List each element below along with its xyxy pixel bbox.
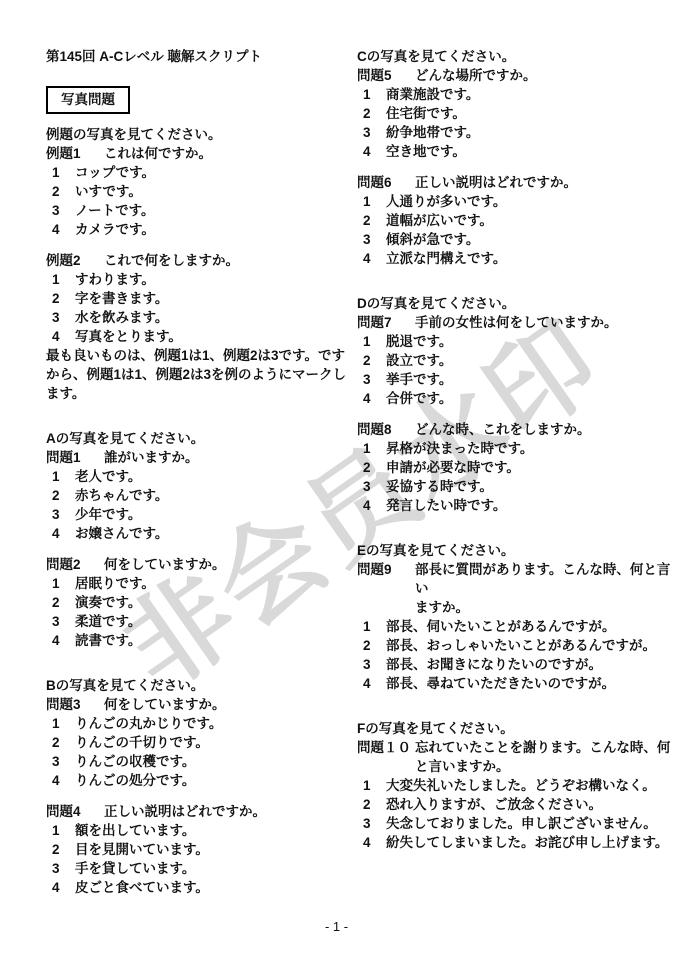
option-text: 目を見開いています。 [75, 840, 349, 859]
answer-option: 1昇格が決まった時です。 [357, 439, 672, 458]
option-number: 1 [46, 574, 75, 593]
photo-intro-line: Fの写真を見てください。 [357, 719, 672, 738]
answer-option: 4立派な門構えです。 [357, 249, 672, 268]
answer-option: 1コップです。 [46, 163, 349, 182]
answer-option: 4皮ごと食べています。 [46, 878, 349, 897]
option-number: 3 [46, 308, 75, 327]
answer-option: 2目を見開いています。 [46, 840, 349, 859]
question-line: 例題2これで何をしますか。 [46, 251, 349, 270]
option-text: 部長、伺いたいことがあるんですが。 [386, 617, 672, 636]
question-line: 問題1誰がいますか。 [46, 448, 349, 467]
option-text: 部長、おっしゃいたいことがあるんですが。 [386, 636, 672, 655]
answer-option: 3紛争地帯です。 [357, 123, 672, 142]
option-text: 挙手です。 [386, 370, 672, 389]
question-text: 部長に質問があります。こんな時、何と言いますか。 [415, 560, 672, 617]
answer-option: 4読書です。 [46, 631, 349, 650]
answer-option: 2演奏です。 [46, 593, 349, 612]
option-text: 紛争地帯です。 [386, 123, 672, 142]
question-block: 問題2何をしていますか。1居眠りです。2演奏です。3柔道です。4読書です。 [46, 555, 349, 650]
answer-option: 3りんごの収穫です。 [46, 752, 349, 771]
option-text: 妥協する時です。 [386, 477, 672, 496]
option-number: 2 [357, 795, 386, 814]
answer-option: 4紛失してしまいました。お詫び申し上げます。 [357, 833, 672, 852]
option-text: 発言したい時です。 [386, 496, 672, 515]
option-number: 3 [46, 201, 75, 220]
answer-option: 3挙手です。 [357, 370, 672, 389]
question-block: Cの写真を見てください。問題5どんな場所ですか。1商業施設です。2住宅街です。3… [357, 47, 672, 161]
answer-option: 2字を書きます。 [46, 289, 349, 308]
option-number: 4 [357, 674, 386, 693]
option-text: 脱退です。 [386, 332, 672, 351]
instruction-note-line: から、例題1は1、例題2は3を例のようにマークし [46, 365, 349, 384]
option-text: ノートです。 [75, 201, 349, 220]
question-number: 問題3 [46, 695, 104, 714]
page-root: 非会员水印 第145回 A-Cレベル 聴解スクリプト 写真問題 例題の写真を見て… [0, 0, 687, 971]
photo-intro-line: Cの写真を見てください。 [357, 47, 672, 66]
option-number: 1 [357, 439, 386, 458]
option-number: 2 [46, 289, 75, 308]
option-number: 4 [46, 878, 75, 897]
option-text: 額を出しています。 [75, 821, 349, 840]
question-number: 例題2 [46, 251, 104, 270]
photo-intro-line: Eの写真を見てください。 [357, 541, 672, 560]
answer-option: 3柔道です。 [46, 612, 349, 631]
question-text: 何をしていますか。 [104, 695, 349, 714]
question-line: 問題4正しい説明はどれですか。 [46, 802, 349, 821]
option-text: 人通りが多いです。 [386, 192, 672, 211]
option-text: 柔道です。 [75, 612, 349, 631]
option-text: 合併です。 [386, 389, 672, 408]
option-text: りんごの丸かじりです。 [75, 714, 349, 733]
answer-option: 4合併です。 [357, 389, 672, 408]
question-number: 問題8 [357, 420, 415, 439]
option-number: 3 [46, 859, 75, 878]
question-number: 問題１０ [357, 738, 415, 757]
option-text: 演奏です。 [75, 593, 349, 612]
question-line: 問題5どんな場所ですか。 [357, 66, 672, 85]
question-line: 問題3何をしていますか。 [46, 695, 349, 714]
question-number: 問題9 [357, 560, 415, 579]
question-block: Aの写真を見てください。問題1誰がいますか。1老人です。2赤ちゃんです。3少年で… [46, 429, 349, 543]
question-line: 問題6正しい説明はどれですか。 [357, 173, 672, 192]
answer-option: 1部長、伺いたいことがあるんですが。 [357, 617, 672, 636]
question-text-line: どんな時、これをしますか。 [415, 420, 672, 439]
option-text: 老人です。 [75, 467, 349, 486]
question-line: 問題１０忘れていたことを謝ります。こんな時、何と言いますか。 [357, 738, 672, 776]
question-line: 問題7手前の女性は何をしていますか。 [357, 313, 672, 332]
option-text: お嬢さんです。 [75, 524, 349, 543]
option-number: 4 [357, 389, 386, 408]
option-number: 3 [357, 814, 386, 833]
option-text: 読書です。 [75, 631, 349, 650]
question-text: どんな場所ですか。 [415, 66, 672, 85]
photo-intro-line: Bの写真を見てください。 [46, 676, 349, 695]
option-number: 4 [357, 833, 386, 852]
option-text: 立派な門構えです。 [386, 249, 672, 268]
question-text: どんな時、これをしますか。 [415, 420, 672, 439]
option-number: 2 [46, 486, 75, 505]
option-number: 1 [357, 192, 386, 211]
option-number: 1 [46, 714, 75, 733]
answer-option: 1りんごの丸かじりです。 [46, 714, 349, 733]
option-text: 道幅が広いです。 [386, 211, 672, 230]
option-text: 住宅街です。 [386, 104, 672, 123]
option-text: コップです。 [75, 163, 349, 182]
instruction-note-line: 最も良いものは、例題1は1、例題2は3です。です [46, 346, 349, 365]
option-number: 4 [357, 249, 386, 268]
page-number: - 1 - [0, 919, 673, 934]
answer-option: 1居眠りです。 [46, 574, 349, 593]
answer-option: 3部長、お聞きになりたいのですが。 [357, 655, 672, 674]
question-number: 問題5 [357, 66, 415, 85]
option-number: 2 [46, 840, 75, 859]
option-text: 設立です。 [386, 351, 672, 370]
answer-option: 1すわります。 [46, 270, 349, 289]
question-text-line: ますか。 [415, 598, 672, 617]
section-box: 写真問題 [46, 86, 130, 114]
option-number: 1 [46, 163, 75, 182]
option-number: 3 [357, 477, 386, 496]
option-number: 2 [357, 211, 386, 230]
section-box-row: 写真問題 [46, 86, 349, 114]
option-text: 傾斜が急です。 [386, 230, 672, 249]
option-number: 3 [357, 655, 386, 674]
option-number: 3 [357, 230, 386, 249]
question-block: Bの写真を見てください。問題3何をしていますか。1りんごの丸かじりです。2りんご… [46, 676, 349, 790]
section-box-label: 写真問題 [61, 92, 115, 107]
option-text: すわります。 [75, 270, 349, 289]
question-block: 例題2これで何をしますか。1すわります。2字を書きます。3水を飲みます。4写真を… [46, 251, 349, 403]
answer-option: 4空き地です。 [357, 142, 672, 161]
question-text: 手前の女性は何をしていますか。 [415, 313, 672, 332]
answer-option: 3失念しておりました。申し訳ございません。 [357, 814, 672, 833]
question-text: 何をしていますか。 [104, 555, 349, 574]
answer-option: 2部長、おっしゃいたいことがあるんですが。 [357, 636, 672, 655]
answer-option: 2道幅が広いです。 [357, 211, 672, 230]
question-text: 誰がいますか。 [104, 448, 349, 467]
photo-intro-line: 例題の写真を見てください。 [46, 125, 349, 144]
option-number: 1 [46, 821, 75, 840]
option-number: 2 [357, 636, 386, 655]
option-number: 4 [357, 142, 386, 161]
option-text: 少年です。 [75, 505, 349, 524]
option-number: 2 [357, 458, 386, 477]
answer-option: 3ノートです。 [46, 201, 349, 220]
question-line: 問題9部長に質問があります。こんな時、何と言いますか。 [357, 560, 672, 617]
question-number: 問題2 [46, 555, 104, 574]
option-text: 字を書きます。 [75, 289, 349, 308]
option-number: 4 [46, 327, 75, 346]
column-right-blocks: Cの写真を見てください。問題5どんな場所ですか。1商業施設です。2住宅街です。3… [357, 47, 672, 852]
option-text: りんごの処分です。 [75, 771, 349, 790]
question-text: 忘れていたことを謝ります。こんな時、何と言いますか。 [415, 738, 672, 776]
option-text: りんごの収穫です。 [75, 752, 349, 771]
question-line: 問題8どんな時、これをしますか。 [357, 420, 672, 439]
column-left-blocks: 例題の写真を見てください。例題1これは何ですか。1コップです。2いすです。3ノー… [46, 125, 349, 897]
option-text: 居眠りです。 [75, 574, 349, 593]
photo-intro-line: Dの写真を見てください。 [357, 294, 672, 313]
option-text: 紛失してしまいました。お詫び申し上げます。 [386, 833, 672, 852]
option-number: 4 [46, 631, 75, 650]
option-text: カメラです。 [75, 220, 349, 239]
option-text: 空き地です。 [386, 142, 672, 161]
option-number: 2 [357, 104, 386, 123]
option-text: 昇格が決まった時です。 [386, 439, 672, 458]
question-number: 問題7 [357, 313, 415, 332]
option-number: 1 [357, 85, 386, 104]
answer-option: 4お嬢さんです。 [46, 524, 349, 543]
option-text: 大変失礼いたしました。どうぞお構いなく。 [386, 776, 672, 795]
answer-option: 3少年です。 [46, 505, 349, 524]
answer-option: 3水を飲みます。 [46, 308, 349, 327]
option-number: 4 [46, 524, 75, 543]
question-text-line: 忘れていたことを謝ります。こんな時、何 [415, 738, 672, 757]
option-number: 1 [46, 270, 75, 289]
question-text-line: 何をしていますか。 [104, 555, 349, 574]
answer-option: 2申請が必要な時です。 [357, 458, 672, 477]
option-text: 写真をとります。 [75, 327, 349, 346]
option-text: 申請が必要な時です。 [386, 458, 672, 477]
page-title: 第145回 A-Cレベル 聴解スクリプト [46, 47, 349, 66]
question-text: 正しい説明はどれですか。 [104, 802, 349, 821]
option-number: 1 [357, 332, 386, 351]
column-left: 第145回 A-Cレベル 聴解スクリプト 写真問題 例題の写真を見てください。例… [46, 47, 349, 897]
question-text: これで何をしますか。 [104, 251, 349, 270]
answer-option: 4部長、尋ねていただきたいのですが。 [357, 674, 672, 693]
answer-option: 4カメラです。 [46, 220, 349, 239]
question-text-line: 部長に質問があります。こんな時、何と言い [415, 560, 672, 598]
option-text: 部長、尋ねていただきたいのですが。 [386, 674, 672, 693]
answer-option: 2いすです。 [46, 182, 349, 201]
answer-option: 1商業施設です。 [357, 85, 672, 104]
answer-option: 2住宅街です。 [357, 104, 672, 123]
answer-option: 1脱退です。 [357, 332, 672, 351]
option-number: 2 [357, 351, 386, 370]
question-line: 例題1これは何ですか。 [46, 144, 349, 163]
option-number: 1 [46, 467, 75, 486]
answer-option: 1人通りが多いです。 [357, 192, 672, 211]
option-number: 3 [357, 370, 386, 389]
question-text-line: これは何ですか。 [104, 144, 349, 163]
option-number: 4 [46, 771, 75, 790]
question-block: 例題の写真を見てください。例題1これは何ですか。1コップです。2いすです。3ノー… [46, 125, 349, 239]
question-number: 例題1 [46, 144, 104, 163]
photo-intro-line: Aの写真を見てください。 [46, 429, 349, 448]
option-number: 3 [357, 123, 386, 142]
answer-option: 4りんごの処分です。 [46, 771, 349, 790]
question-block: 問題4正しい説明はどれですか。1額を出しています。2目を見開いています。3手を貸… [46, 802, 349, 897]
question-block: Fの写真を見てください。問題１０忘れていたことを謝ります。こんな時、何と言います… [357, 719, 672, 852]
option-number: 4 [46, 220, 75, 239]
question-line: 問題2何をしていますか。 [46, 555, 349, 574]
question-text-line: 正しい説明はどれですか。 [104, 802, 349, 821]
option-text: 皮ごと食べています。 [75, 878, 349, 897]
option-text: 部長、お聞きになりたいのですが。 [386, 655, 672, 674]
option-text: りんごの千切りです。 [75, 733, 349, 752]
answer-option: 4写真をとります。 [46, 327, 349, 346]
answer-option: 1老人です。 [46, 467, 349, 486]
answer-option: 2りんごの千切りです。 [46, 733, 349, 752]
question-text-line: 何をしていますか。 [104, 695, 349, 714]
question-text-line: 手前の女性は何をしていますか。 [415, 313, 672, 332]
question-block: 問題6正しい説明はどれですか。1人通りが多いです。2道幅が広いです。3傾斜が急で… [357, 173, 672, 268]
question-number: 問題6 [357, 173, 415, 192]
option-text: いすです。 [75, 182, 349, 201]
question-number: 問題4 [46, 802, 104, 821]
option-number: 3 [46, 752, 75, 771]
answer-option: 4発言したい時です。 [357, 496, 672, 515]
answer-option: 1大変失礼いたしました。どうぞお構いなく。 [357, 776, 672, 795]
answer-option: 1額を出しています。 [46, 821, 349, 840]
option-text: 赤ちゃんです。 [75, 486, 349, 505]
question-block: Dの写真を見てください。問題7手前の女性は何をしていますか。1脱退です。2設立で… [357, 294, 672, 408]
option-number: 1 [357, 776, 386, 795]
answer-option: 2設立です。 [357, 351, 672, 370]
question-text-line: どんな場所ですか。 [415, 66, 672, 85]
answer-option: 2恐れ入りますが、ご放念ください。 [357, 795, 672, 814]
option-text: 水を飲みます。 [75, 308, 349, 327]
option-number: 2 [46, 593, 75, 612]
answer-option: 3妥協する時です。 [357, 477, 672, 496]
question-block: Eの写真を見てください。問題9部長に質問があります。こんな時、何と言いますか。1… [357, 541, 672, 693]
question-text-line: これで何をしますか。 [104, 251, 349, 270]
question-text: これは何ですか。 [104, 144, 349, 163]
question-text-line: 誰がいますか。 [104, 448, 349, 467]
question-block: 問題8どんな時、これをしますか。1昇格が決まった時です。2申請が必要な時です。3… [357, 420, 672, 515]
option-number: 1 [357, 617, 386, 636]
option-text: 手を貸しています。 [75, 859, 349, 878]
option-number: 3 [46, 612, 75, 631]
answer-option: 3傾斜が急です。 [357, 230, 672, 249]
option-text: 失念しておりました。申し訳ございません。 [386, 814, 672, 833]
option-number: 3 [46, 505, 75, 524]
question-text: 正しい説明はどれですか。 [415, 173, 672, 192]
answer-option: 2赤ちゃんです。 [46, 486, 349, 505]
answer-option: 3手を貸しています。 [46, 859, 349, 878]
instruction-note-line: ます。 [46, 384, 349, 403]
option-number: 2 [46, 182, 75, 201]
question-text-line: 正しい説明はどれですか。 [415, 173, 672, 192]
option-text: 商業施設です。 [386, 85, 672, 104]
option-number: 4 [357, 496, 386, 515]
option-number: 2 [46, 733, 75, 752]
option-text: 恐れ入りますが、ご放念ください。 [386, 795, 672, 814]
question-number: 問題1 [46, 448, 104, 467]
question-text-line: と言いますか。 [415, 757, 672, 776]
